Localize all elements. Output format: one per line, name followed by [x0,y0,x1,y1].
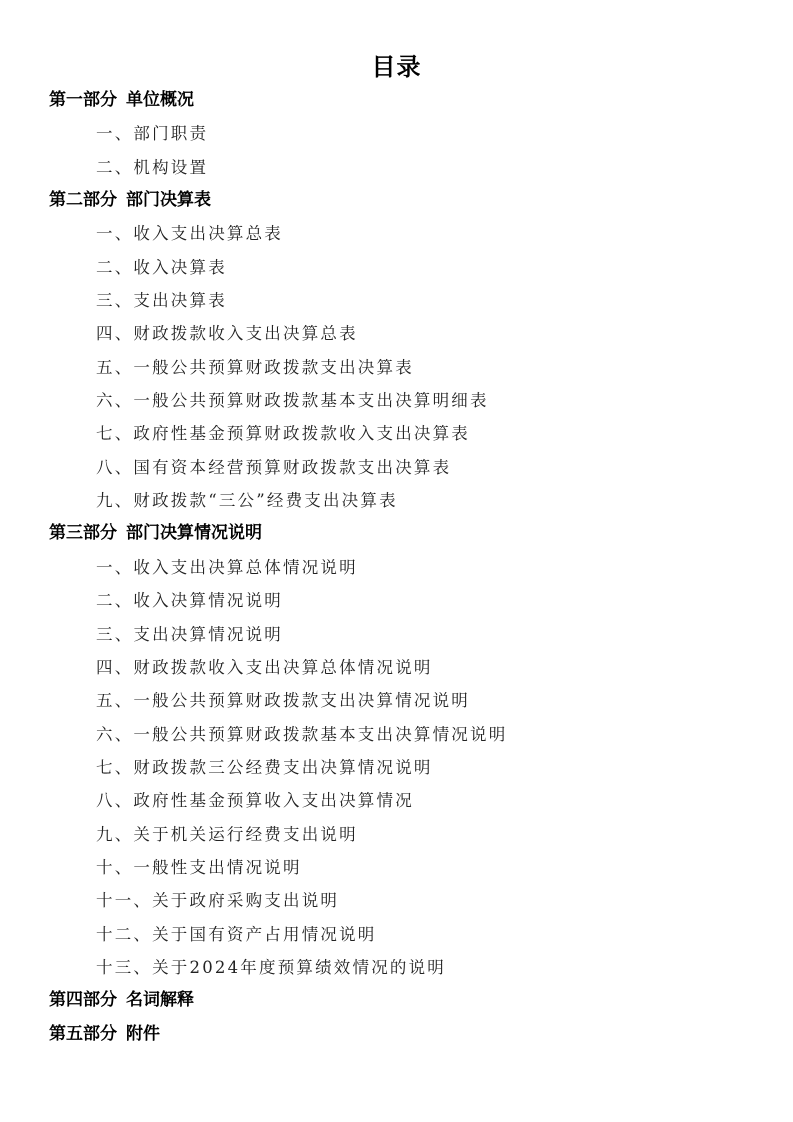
toc-item[interactable]: 六、一般公共预算财政拨款基本支出决算情况说明 [0,718,793,751]
part-number: 第一部分 [49,90,117,110]
toc-item[interactable]: 六、一般公共预算财政拨款基本支出决算明细表 [0,384,793,417]
part-number: 第五部分 [49,1024,117,1044]
toc-item[interactable]: 五、一般公共预算财政拨款支出决算情况说明 [0,684,793,717]
toc-item[interactable]: 四、财政拨款收入支出决算总体情况说明 [0,651,793,684]
toc-item[interactable]: 三、支出决算情况说明 [0,618,793,651]
toc-item[interactable]: 二、机构设置 [0,151,793,184]
toc-item[interactable]: 八、政府性基金预算收入支出决算情况 [0,784,793,817]
toc-item[interactable]: 九、关于机关运行经费支出说明 [0,818,793,851]
part-title: 单位概况 [126,90,194,110]
toc-item[interactable]: 七、财政拨款三公经费支出决算情况说明 [0,751,793,784]
toc-item[interactable]: 一、收入支出决算总体情况说明 [0,551,793,584]
part-title: 附件 [126,1024,160,1044]
toc-item[interactable]: 七、政府性基金预算财政拨款收入支出决算表 [0,417,793,450]
toc-item[interactable]: 八、国有资本经营预算财政拨款支出决算表 [0,451,793,484]
part-number: 第三部分 [49,523,117,543]
part-number: 第二部分 [49,190,117,210]
toc-part-3[interactable]: 第三部分部门决算情况说明 [0,517,793,550]
part-title: 部门决算表 [126,190,211,210]
table-of-contents: 第一部分单位概况 一、部门职责 二、机构设置 第二部分部门决算表 一、收入支出决… [0,84,793,1051]
toc-part-5[interactable]: 第五部分附件 [0,1018,793,1051]
toc-item[interactable]: 五、一般公共预算财政拨款支出决算表 [0,351,793,384]
part-title: 名词解释 [126,990,194,1010]
toc-part-2[interactable]: 第二部分部门决算表 [0,184,793,217]
toc-item[interactable]: 一、部门职责 [0,117,793,150]
toc-item[interactable]: 九、财政拨款“三公”经费支出决算表 [0,484,793,517]
toc-item[interactable]: 十、一般性支出情况说明 [0,851,793,884]
toc-part-4[interactable]: 第四部分名词解释 [0,984,793,1017]
toc-item[interactable]: 二、收入决算情况说明 [0,584,793,617]
toc-item[interactable]: 十三、关于2024年度预算绩效情况的说明 [0,951,793,984]
part-title: 部门决算情况说明 [126,523,262,543]
toc-item[interactable]: 四、财政拨款收入支出决算总表 [0,317,793,350]
part-number: 第四部分 [49,990,117,1010]
toc-item[interactable]: 一、收入支出决算总表 [0,217,793,250]
toc-item[interactable]: 十一、关于政府采购支出说明 [0,884,793,917]
toc-item[interactable]: 三、支出决算表 [0,284,793,317]
toc-item[interactable]: 二、收入决算表 [0,251,793,284]
toc-item[interactable]: 十二、关于国有资产占用情况说明 [0,918,793,951]
page-title: 目录 [0,50,793,84]
toc-part-1[interactable]: 第一部分单位概况 [0,84,793,117]
